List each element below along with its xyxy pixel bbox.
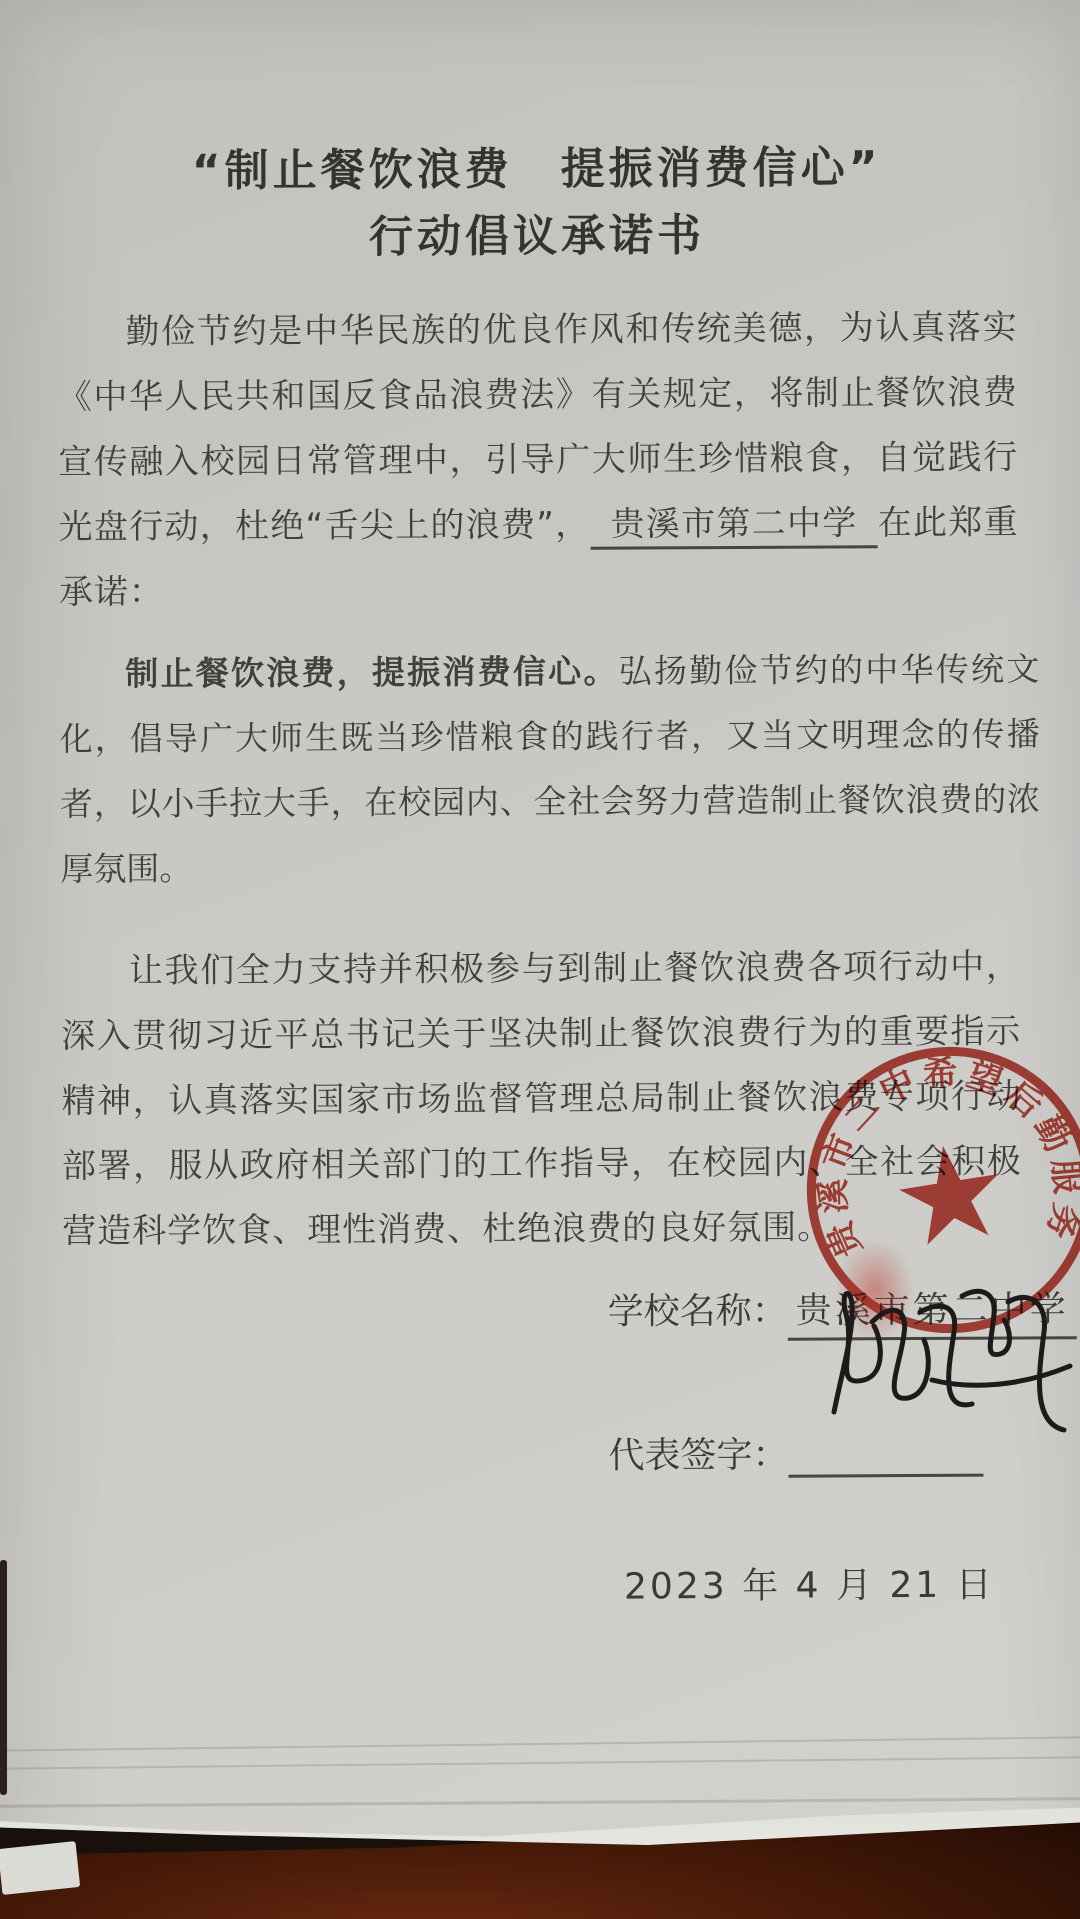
- representative-signature-label: 代表签字：: [608, 1435, 788, 1477]
- paragraph-pledge: 制止餐饮浪费，提振消费信心。弘扬勤俭节约的中华传统文化，倡导广大师生既当珍惜粮食…: [59, 636, 1040, 901]
- doc-title-line2: 行动倡议承诺书: [57, 206, 1017, 266]
- para2-lead-text: 制止餐饮浪费，提振消费信心。: [125, 652, 619, 694]
- document-photo: “制止餐饮浪费 提振消费信心” 行动倡议承诺书 勤俭节约是中华民族的优良作风和传…: [0, 0, 1080, 1919]
- svg-text:贵溪市二中希望后勤服务中心: 贵溪市二中希望后勤服务中心: [753, 993, 1080, 1297]
- blank-school-name: 贵溪市第二中学: [590, 503, 877, 550]
- school-name-label: 学校名称：: [608, 1291, 788, 1333]
- paper-corner-sliver: [0, 1841, 80, 1895]
- left-edge-shadow: [0, 1560, 7, 1795]
- date-line: 2023 年 4 月 21 日: [624, 1556, 1024, 1609]
- paper-crease: [0, 1756, 1080, 1769]
- handwritten-signature: [812, 1262, 1080, 1447]
- red-star-icon: [894, 1138, 1008, 1248]
- paper-crease: [0, 1736, 1080, 1751]
- doc-title-line1: “制止餐饮浪费 提振消费信心”: [57, 139, 1017, 199]
- paper-bottom-edge-shadow: [0, 1797, 1080, 1808]
- seal-arc-text: 贵溪市二中希望后勤服务中心: [753, 993, 1080, 1297]
- paragraph-opening: 勤俭节约是中华民族的优良作风和传统美德，为认真落实《中华人民共和国反食品浪费法》…: [57, 295, 1019, 625]
